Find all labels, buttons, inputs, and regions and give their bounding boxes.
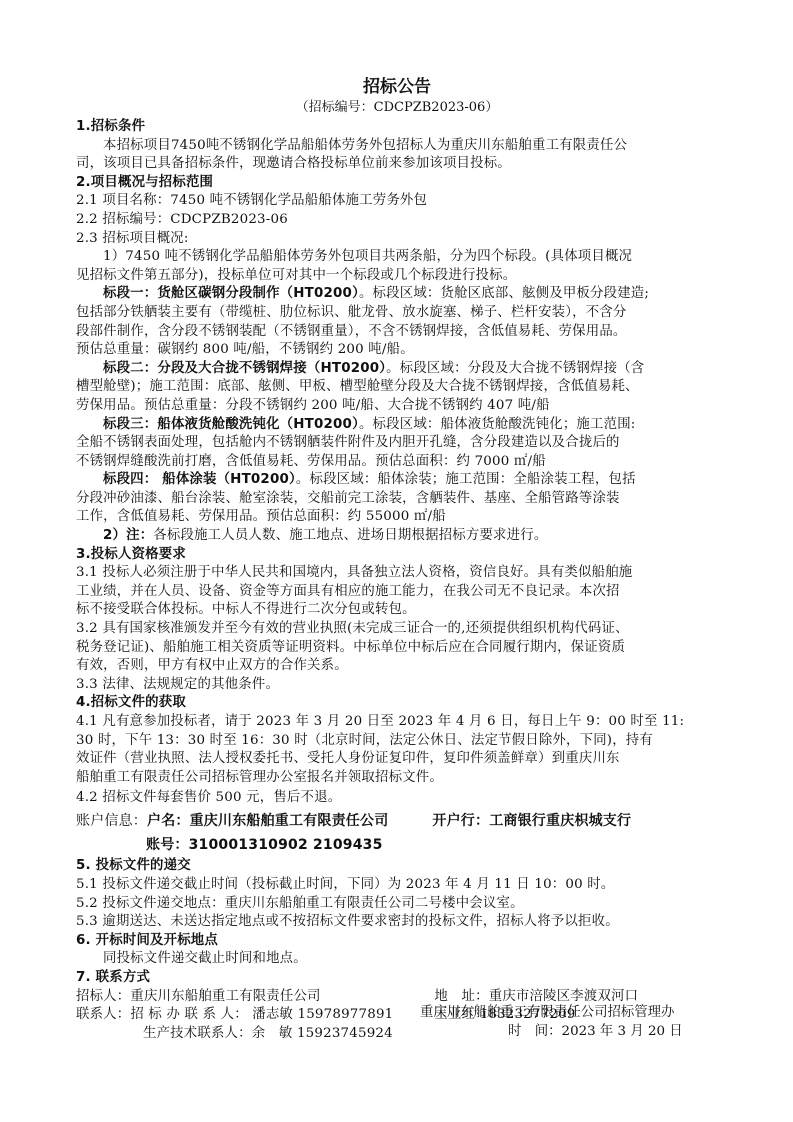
req-3-1: 3.1 投标人必须注册于中华人民共和国境内，具备独立法人资格，资信良好。具有类似…: [76, 564, 718, 583]
lot-3-text-b: 全船不锈钢表面处理，包括舱内不锈钢舾装件附件及内胆开孔缝，含分段建造以及合拢后的: [76, 434, 718, 453]
opening-text: 同投标文件递交截止时间和地点。: [76, 950, 718, 969]
doc-4-2: 4.2 招标文件每套售价 500 元，售后不退。: [76, 787, 718, 809]
req-3-2-c: 有效，否则，甲方有权中止双方的合作关系。: [76, 657, 718, 676]
address-label: 地 址：: [434, 989, 488, 1004]
signature-org: 重庆川东船舶重工有限责任公司招标管理办: [420, 1003, 683, 1022]
doc-4-1-b: 30 时，下午 13：30 时至 16：30 时（北京时间，法定公休日、法定节假…: [76, 732, 718, 751]
note-text: 各标段施工人员人数、施工地点、进场日期根据招标方要求进行。: [153, 528, 547, 543]
section-6-heading: 6. 开标时间及开标地点: [76, 932, 718, 951]
document-page: 招标公告 （招标编号：CDCPZB2023-06） 1.招标条件 本招标项目74…: [76, 76, 718, 1043]
section-1-heading: 1.招标条件: [76, 118, 718, 137]
project-number: 2.2 招标编号：CDCPZB2023-06: [76, 211, 718, 230]
contact-tender-office: 招 标 办 联 系 人： 潘志敏 15978977891: [130, 1006, 434, 1025]
lot-2-text-b: 槽型舱壁)；施工范围：底部、舷侧、甲板、槽型舱壁分段及大合拢不锈钢焊接，含低值易…: [76, 378, 718, 397]
section-7-heading: 7. 联系方式: [76, 969, 718, 988]
section-1-text-cont: 司，该项目已具备招标条件，现邀请合格投标单位前来参加该项目投标。: [76, 155, 718, 174]
account-number-line: 账号：310001310902 2109435: [76, 833, 718, 857]
lot-3-text: 。标段区域：船体液货舱酸洗钝化；施工范围:: [359, 417, 636, 432]
lot-1-text-c: 段部件制作，含分段不锈钢装配（不锈钢重量），不含不锈钢焊接，含低值易耗、劳保用品…: [76, 323, 718, 342]
project-overview-label: 2.3 招标项目概况:: [76, 230, 718, 249]
lot-4-text-c: 工作，含低值易耗、劳保用品。预估总面积：约 55000 ㎡/船: [76, 508, 718, 527]
signature-block: 重庆川东船舶重工有限责任公司招标管理办 时 间：2023 年 3 月 20 日: [420, 1003, 683, 1041]
tender-number: （招标编号：CDCPZB2023-06）: [76, 98, 718, 118]
note: 2）注：各标段施工人员人数、施工地点、进场日期根据招标方要求进行。: [76, 527, 718, 546]
address-value: 重庆市涪陵区李渡双河口: [489, 989, 639, 1004]
lot-4-title: 标段四： 船体涂装（HT0200）: [103, 472, 296, 487]
lot-2-title: 标段二：分段及大合拢不锈钢焊接（HT0200）: [103, 361, 386, 376]
section-4-heading: 4.招标文件的获取: [76, 694, 718, 713]
lot-1-text: 。标段区域：货舱区底部、舷侧及甲板分段建造;: [359, 286, 649, 301]
doc-4-1: 4.1 凡有意参加投标者，请于 2023 年 3 月 20 日至 2023 年 …: [76, 713, 718, 732]
signature-date: 时 间：2023 年 3 月 20 日: [420, 1022, 683, 1041]
tenderer-label: 招标人：: [76, 989, 130, 1004]
lot-4-text: 。标段区域：船体涂装；施工范围：全船涂装工程，包括: [296, 472, 636, 487]
section-5-heading: 5. 投标文件的递交: [76, 857, 718, 876]
note-label: 2）注：: [103, 528, 153, 543]
bank-name: 开户行：工商银行重庆枳城支行: [432, 813, 631, 829]
submit-5-3: 5.3 逾期送达、未送达指定地点或不按招标文件要求密封的投标文件，招标人将予以拒…: [76, 913, 718, 932]
page-title: 招标公告: [76, 76, 718, 98]
req-3-2: 3.2 具有国家核准颁发并至今有效的营业执照(未完成三证合一的,还须提供组织机构…: [76, 620, 718, 639]
lot-1: 标段一：货舱区碳钢分段制作（HT0200）。标段区域：货舱区底部、舷侧及甲板分段…: [76, 285, 718, 304]
req-3-1-b: 工业绩，并在人员、设备、资金等方面具有相应的施工能力，在我公司无不良记录。本次招: [76, 583, 718, 602]
lot-2: 标段二：分段及大合拢不锈钢焊接（HT0200）。标段区域：分段及大合拢不锈钢焊接…: [76, 360, 718, 379]
doc-4-1-c: 效证件（营业执照、法人授权委托书、受托人身份证复印件，复印件须盖鲜章）到重庆川东: [76, 750, 718, 769]
project-name: 2.1 项目名称：7450 吨不锈钢化学品船船体施工劳务外包: [76, 192, 718, 211]
req-3-3: 3.3 法律、法规规定的其他条件。: [76, 676, 718, 695]
lot-1-title: 标段一：货舱区碳钢分段制作（HT0200）: [103, 286, 359, 301]
section-1-text: 本招标项目7450吨不锈钢化学品船船体劳务外包招标人为重庆川东船舶重工有限责任公: [76, 137, 718, 156]
account-name: 户名：重庆川东船舶重工有限责任公司: [147, 813, 388, 829]
submit-5-2: 5.2 投标文件递交地点：重庆川东船舶重工有限责任公司二号楼中会议室。: [76, 895, 718, 914]
overview-item-1: 1）7450 吨不锈钢化学品船船体劳务外包项目共两条船，分为四个标段。(具体项目…: [76, 248, 718, 267]
lot-3-text-c: 不锈钢焊缝酸洗前打磨，含低值易耗、劳保用品。预估总面积：约 7000 ㎡/船: [76, 453, 718, 472]
lot-4-text-b: 分段冲砂油漆、船台涂装、舱室涂装，交船前完工涂装，含舾装件、基座、全船管路等涂装: [76, 490, 718, 509]
account-label: 账户信息：: [76, 813, 147, 829]
tenderer-name: 重庆川东船舶重工有限责任公司: [130, 988, 434, 1007]
lot-2-text-c: 劳保用品。预估总重量：分段不锈钢约 200 吨/船、大合拢不锈钢约 407 吨/…: [76, 397, 718, 416]
req-3-1-c: 标不接受联合体投标。中标人不得进行二次分包或转包。: [76, 601, 718, 620]
doc-4-1-d: 船舶重工有限责任公司招标管理办公室报名并领取招标文件。: [76, 769, 718, 788]
lot-1-text-d: 预估总重量：碳钢约 800 吨/船，不锈钢约 200 吨/船。: [76, 341, 718, 360]
section-3-heading: 3.投标人资格要求: [76, 546, 718, 565]
account-info: 账户信息：户名：重庆川东船舶重工有限责任公司开户行：工商银行重庆枳城支行: [76, 809, 718, 833]
req-3-2-b: 税务登记证)、船舶施工相关资质等证明资料。中标单位中标后应在合同履行期内，保证资…: [76, 639, 718, 658]
lot-3-title: 标段三：船体液货舱酸洗钝化（HT0200）: [103, 417, 359, 432]
submit-5-1: 5.1 投标文件递交截止时间（投标截止时间，下同）为 2023 年 4 月 11…: [76, 876, 718, 895]
lot-4: 标段四： 船体涂装（HT0200）。标段区域：船体涂装；施工范围：全船涂装工程，…: [76, 471, 718, 490]
lot-3: 标段三：船体液货舱酸洗钝化（HT0200）。标段区域：船体液货舱酸洗钝化；施工范…: [76, 416, 718, 435]
overview-item-1-cont: 见招标文件第五部分)，投标单位可对其中一个标段或几个标段进行投标。: [76, 267, 718, 286]
lot-2-text: 。标段区域：分段及大合拢不锈钢焊接（含: [386, 361, 644, 376]
contact-label: 联系人：: [76, 1007, 130, 1022]
account-number: 账号：310001310902 2109435: [146, 837, 383, 853]
lot-1-text-b: 包括部分铁舾装主要有（带缆桩、肋位标识、舭龙骨、放水旋塞、梯子、栏杆安装），不含…: [76, 304, 718, 323]
section-2-heading: 2.项目概况与招标范围: [76, 174, 718, 193]
